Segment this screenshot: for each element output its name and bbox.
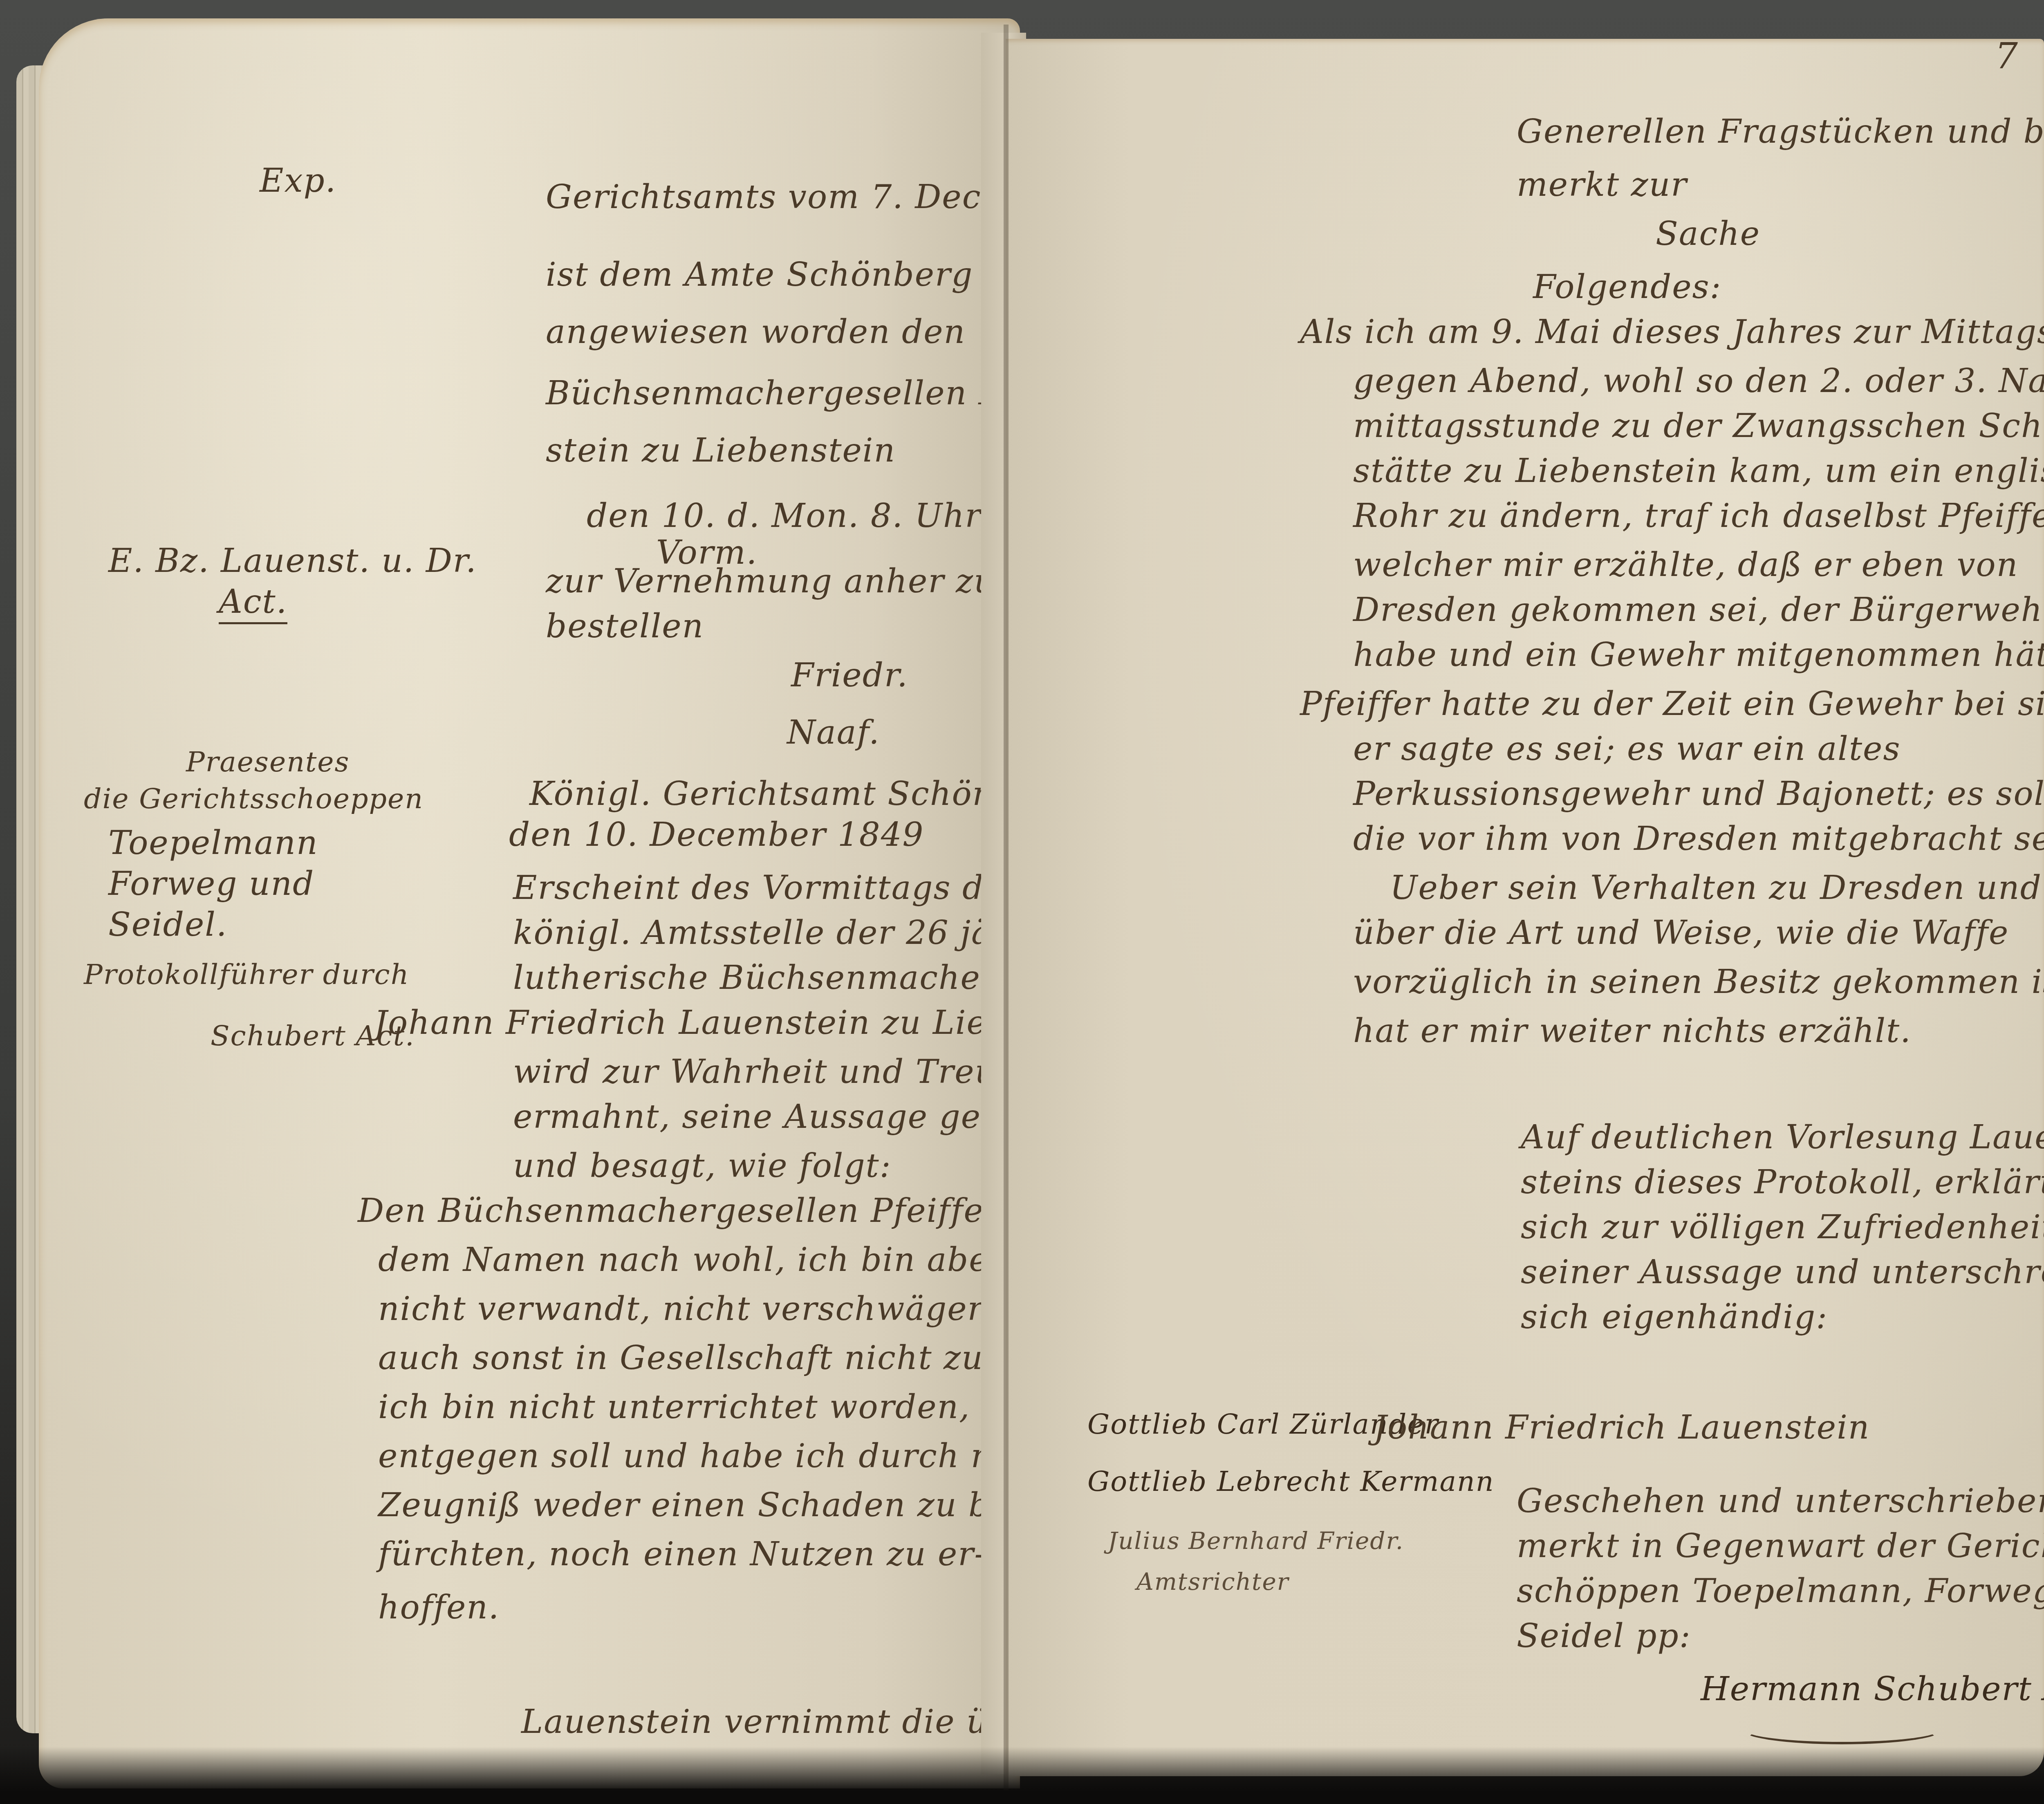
attestation-line: Geschehen und unterschrieben wie oben be… xyxy=(1517,1482,2044,1520)
entry-1-signature: Friedr. xyxy=(791,656,908,694)
testimony-line: Als ich am 9. Mai dieses Jahres zur Mitt… xyxy=(1300,313,2044,351)
testimony-line: habe und ein Gewehr mitgenommen hätte. xyxy=(1353,636,2044,674)
witness-signature: Julius Bernhard Friedr. xyxy=(1108,1527,1404,1555)
folio-number: 7 xyxy=(1995,35,2019,77)
closing-line: sich eigenhändig: xyxy=(1521,1298,1828,1336)
entry-2-date: den 10. December 1849 xyxy=(509,816,924,854)
closing-line: seiner Aussage und unterschreibt xyxy=(1521,1253,2044,1291)
margin-note-line: Protokollführer durch xyxy=(84,959,409,991)
entry-2-line: und besagt, wie folgt: xyxy=(513,1147,892,1185)
statement-line: fürchten, noch einen Nutzen zu er- xyxy=(378,1535,986,1573)
testimony-line: vorzüglich in seinen Besitz gekommen ist… xyxy=(1353,963,2044,1001)
right-line: merkt zur xyxy=(1517,166,1687,204)
testimony-line: gegen Abend, wohl so den 2. oder 3. Nach… xyxy=(1353,362,2044,400)
closing-line: steins dieses Protokoll, erklärte xyxy=(1521,1163,2044,1201)
margin-note-line: Forweg und xyxy=(108,865,314,903)
testimony-line: Pfeiffer hatte zu der Zeit ein Gewehr be… xyxy=(1300,685,2044,723)
signature-flourish xyxy=(1741,1715,1943,1744)
deponent-signature: Johann Friedrich Lauenstein xyxy=(1374,1408,1870,1446)
left-page: Exp. Gerichtsamts vom 7. Dec. 49. ist de… xyxy=(39,18,1020,1788)
attestation-line: Seidel pp: xyxy=(1517,1617,1691,1655)
entry-1-line: stein zu Liebenstein xyxy=(546,431,896,469)
testimony-line: die vor ihm von Dresden mitgebracht sein… xyxy=(1353,820,2044,858)
statement-line: entgegen soll und habe ich durch mein xyxy=(378,1437,1056,1475)
witness-signature: Gottlieb Lebrecht Kermann xyxy=(1087,1466,1495,1498)
testimony-line: über die Art und Weise, wie die Waffe xyxy=(1353,914,2009,952)
witness-signature: Amtsrichter xyxy=(1136,1568,1289,1596)
margin-note-line: Seidel. xyxy=(108,905,227,943)
closing-line: Auf deutlichen Vorlesung Lauen- xyxy=(1521,1118,2044,1156)
entry-1-line: angewiesen worden den xyxy=(546,313,966,351)
entry-1-line: zur Vernehmung anher zu xyxy=(546,562,996,600)
testimony-line: welcher mir erzählte, daß er eben von xyxy=(1353,546,2018,584)
right-page: 7 Generellen Fragstücken und be- merkt z… xyxy=(1006,39,2044,1776)
attestation-line: schöppen Toepelmann, Forweg und xyxy=(1517,1572,2044,1610)
closing-line: sich zur völligen Zufriedenheit xyxy=(1521,1208,2044,1246)
entry-1-line: ist dem Amte Schönberg xyxy=(546,255,973,294)
testimony-line: er sagte es sei; es war ein altes xyxy=(1353,730,1901,768)
statement-line: nicht verwandt, nicht verschwägert, ihm xyxy=(378,1290,1085,1328)
entry-1-signature-2: Naaf. xyxy=(787,713,880,751)
book-gutter xyxy=(1004,25,1009,1791)
right-line: Sache xyxy=(1656,215,1760,253)
margin-note-line: Toepelmann xyxy=(108,824,318,862)
margin-note-line: Act. xyxy=(219,583,287,624)
testimony-line: Rohr zu ändern, traf ich daselbst Pfeiff… xyxy=(1353,497,2044,535)
statement-line: Zeugniß weder einen Schaden zu be- xyxy=(378,1486,1022,1524)
right-line: Generellen Fragstücken und be- xyxy=(1517,112,2044,150)
attestation-line: merkt in Gegenwart der Gerichts- xyxy=(1517,1527,2044,1565)
bottom-shadow xyxy=(0,1747,2044,1804)
testimony-line: mittagsstunde zu der Zwangsschen Schmied… xyxy=(1353,407,2044,445)
margin-note-line: Praesentes xyxy=(186,746,350,778)
testimony-line: Ueber sein Verhalten zu Dresden und xyxy=(1390,869,2042,907)
testimony-line: Dresden gekommen sei, der Bürgerwehr xyxy=(1353,591,2044,629)
entry-1-line: den 10. d. Mon. 8. Uhr xyxy=(587,497,982,535)
testimony-line: hat er mir weiter nichts erzählt. xyxy=(1353,1012,1912,1050)
testimony-line: stätte zu Liebenstein kam, um ein englis… xyxy=(1353,452,2044,490)
testimony-line: Perkussionsgewehr und Bajonett; es sollt… xyxy=(1353,775,2044,813)
clerk-signature: Hermann Schubert Act. xyxy=(1701,1670,2044,1708)
top-mark: Exp. xyxy=(260,161,336,199)
statement-line: hoffen. xyxy=(378,1588,500,1626)
margin-note-line: die Gerichtsschoeppen xyxy=(84,783,424,815)
right-line: Folgendes: xyxy=(1533,268,1722,306)
margin-note-line: E. Bz. Lauenst. u. Dr. xyxy=(108,542,477,580)
entry-1-line: bestellen xyxy=(546,607,704,645)
